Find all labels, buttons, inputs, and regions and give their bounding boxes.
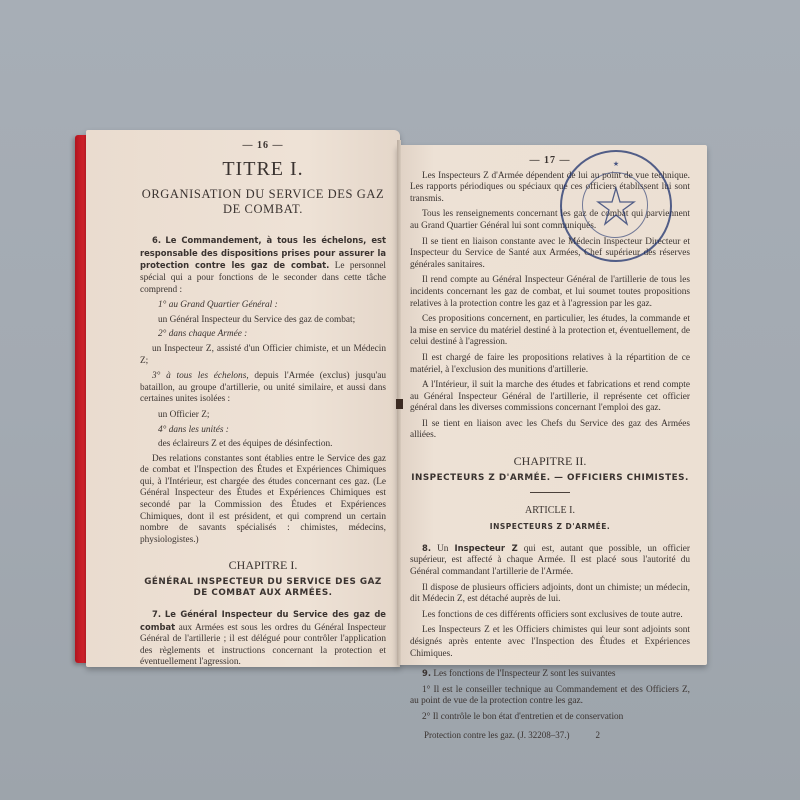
item-label: 2° dans chaque Armée : — [158, 329, 247, 339]
paragraph-8: 8. Un Inspecteur Z qui est, autant que p… — [410, 543, 690, 579]
paragraph: Il rend compte au Général Inspecteur Gén… — [410, 275, 690, 310]
signature-mark: 2 — [596, 730, 601, 742]
left-page: — 16 — TITRE I. ORGANISATION DU SERVICE … — [86, 130, 400, 667]
item-text: un Officier Z; — [158, 410, 209, 420]
star-icon: ★ — [562, 152, 670, 260]
para-text: aux Armées est sous les ordres du Généra… — [140, 623, 386, 668]
list-item: un Officier Z; — [140, 410, 386, 422]
bookmark-tab — [396, 399, 403, 409]
item-text: un Général Inspecteur du Service des gaz… — [158, 315, 355, 325]
list-item: 4° dans les unités : — [140, 425, 386, 437]
list-item: des éclaireurs Z et des équipes de désin… — [140, 439, 386, 451]
paragraph-7: 7. Le Général Inspecteur du Service des … — [140, 609, 386, 669]
left-page-content: — 16 — TITRE I. ORGANISATION DU SERVICE … — [140, 140, 386, 673]
page-number: — 16 — — [140, 140, 386, 152]
item-label: 3° à tous les échelons, — [152, 371, 249, 381]
para-number: 8. — [422, 543, 431, 553]
chapter-heading: CHAPITRE II. — [410, 456, 690, 468]
ink-stamp: ★ — [560, 150, 672, 262]
para-number: 6. — [152, 235, 161, 245]
open-booklet: — 16 — TITRE I. ORGANISATION DU SERVICE … — [0, 0, 800, 800]
paragraph-9: 9. Les fonctions de l'Inspecteur Z sont … — [410, 668, 690, 681]
para-pre: Un — [437, 544, 448, 554]
list-item: 2° dans chaque Armée : — [140, 329, 386, 341]
svg-text:★: ★ — [613, 160, 619, 168]
paragraph: Il est chargé de faire les propositions … — [410, 353, 690, 376]
paragraph: Il dispose de plusieurs officiers adjoin… — [410, 583, 690, 606]
item-text: un Inspecteur Z, assisté d'un Officier c… — [140, 344, 386, 366]
list-item: 1° au Grand Quartier Général : — [140, 300, 386, 312]
list-item: un Général Inspecteur du Service des gaz… — [140, 315, 386, 327]
footer-text: Protection contre les gaz. (J. 32208–37.… — [424, 730, 569, 742]
para-text: qui est, autant que possible, un officie… — [410, 544, 690, 577]
para-bold-text: Inspecteur Z — [455, 543, 518, 553]
paragraph: Il se tient en liaison avec les Chefs du… — [410, 419, 690, 442]
chapter-title: GÉNÉRAL INSPECTEUR DU SERVICE DES GAZ DE… — [140, 577, 386, 599]
item-label: 4° dans les unités : — [158, 425, 229, 435]
article-heading: ARTICLE I. — [410, 505, 690, 517]
para-number: 9. — [422, 668, 431, 678]
divider — [530, 492, 570, 493]
paragraph: A l'Intérieur, il suit la marche des étu… — [410, 380, 690, 415]
para-number: 7. — [152, 609, 161, 619]
paragraph: Les fonctions de ces différents officier… — [410, 610, 690, 622]
list-item: 3° à tous les échelons, depuis l'Armée (… — [140, 371, 386, 406]
page-footer: Protection contre les gaz. (J. 32208–37.… — [410, 730, 690, 742]
subtitle: ORGANISATION DU SERVICE DES GAZ DE COMBA… — [140, 187, 386, 217]
title: TITRE I. — [140, 164, 386, 176]
list-item: 2° Il contrôle le bon état d'entretien e… — [410, 712, 690, 724]
item-label: 1° au Grand Quartier Général : — [158, 300, 278, 310]
list-item: un Inspecteur Z, assisté d'un Officier c… — [140, 344, 386, 367]
chapter-title: INSPECTEURS Z D'ARMÉE. — OFFICIERS CHIMI… — [410, 473, 690, 484]
para-text: Les fonctions de l'Inspecteur Z sont les… — [433, 669, 615, 679]
paragraph: Les Inspecteurs Z et les Officiers chimi… — [410, 625, 690, 660]
item-text: des éclaireurs Z et des équipes de désin… — [158, 439, 333, 449]
paragraph: Ces propositions concernent, en particul… — [410, 314, 690, 349]
article-title: INSPECTEURS Z D'ARMÉE. — [410, 521, 690, 533]
paragraph-6: 6. Le Commandement, à tous les échelons,… — [140, 235, 386, 296]
relations-paragraph: Des relations constantes sont établies e… — [140, 454, 386, 547]
chapter-heading: CHAPITRE I. — [140, 560, 386, 572]
list-item: 1° Il est le conseiller technique au Com… — [410, 685, 690, 708]
